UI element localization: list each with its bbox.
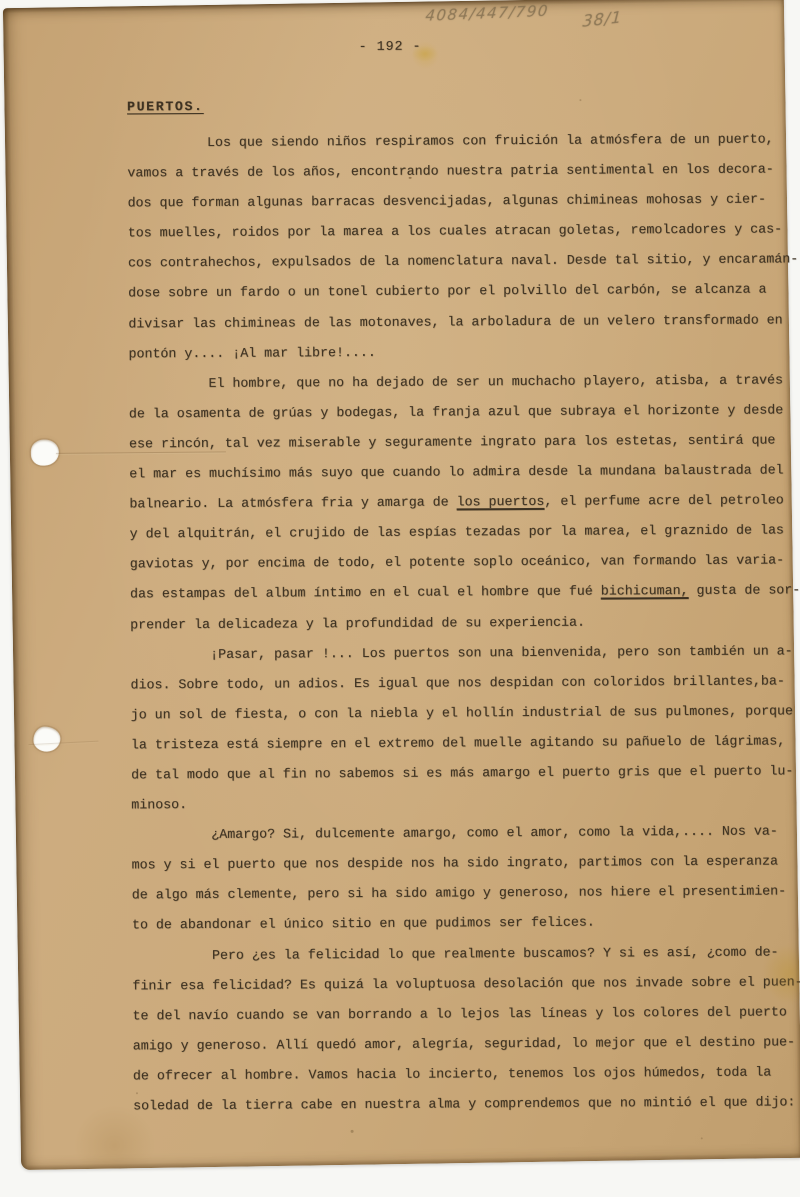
page-number: - 192 - [359,39,422,54]
text-line: finir esa felicidad? Es quizá la voluptu… [132,967,800,1001]
text-line: balneario. La atmósfera fria y amarga de… [129,485,800,519]
text-line: dos que forman algunas barracas desvenci… [127,185,799,219]
page-content: 4084/447/790 38/1 - 192 - PUERTOS. Los q… [7,0,795,1167]
text-line: de algo más clemente, pero si ha sido am… [132,877,800,911]
text-line: ¿Amargo? Si, dulcemente amargo, como el … [131,816,800,850]
text-line: divisar las chimineas de las motonaves, … [128,305,800,339]
text-line: dios. Sobre todo, un adios. Es igual que… [130,666,800,700]
text-line: tos muelles, roidos por la marea a los c… [128,215,800,249]
text-line: amigo y generoso. Allí quedó amor, alegr… [133,1027,800,1061]
text-line: das estampas del album íntimo en el cual… [130,576,800,610]
text-line: el mar es muchísimo más suyo que cuando … [129,455,800,489]
text-line: cos contrahechos, expulsados de la nomen… [128,245,800,279]
text-line: de la osamenta de grúas y bodegas, la fr… [129,395,800,429]
text-line: mos y si el puerto que nos despide nos h… [132,847,800,881]
text-line: soledad de la tierra cabe en nuestra alm… [133,1087,800,1121]
document-page: 4084/447/790 38/1 - 192 - PUERTOS. Los q… [3,0,800,1170]
pencil-annotation-folio: 38/1 [582,7,623,31]
text-line: ese rincón, tal vez miserable y segurame… [129,425,800,459]
text-line: la tristeza está siempre en el extremo d… [131,726,800,760]
text-line: minoso. [131,786,800,820]
text-line: to de abandonar el único sitio en que pu… [132,907,800,941]
text-body: Los que siendo niños respiramos con frui… [127,124,800,1121]
text-line: El hombre, que no ha dejado de ser un mu… [129,365,800,399]
text-line: de ofrecer al hombre. Vamos hacia lo inc… [133,1057,800,1091]
pencil-annotation-archive-code: 4084/447/790 [425,2,550,25]
text-line: vamos a través de los años, encontrando … [127,154,799,188]
paper-speck [579,99,581,101]
text-line: Pero ¿es la felicidad lo que realmente b… [132,937,800,971]
paper-speck [701,1137,703,1139]
text-line: ¡Pasar, pasar !... Los puertos son una b… [130,636,800,670]
text-line: dose sobre un fardo o un tonel cubierto … [128,275,800,309]
text-line: prender la delicadeza y la profundidad d… [130,606,800,640]
text-line: te del navío cuando se van borrando a lo… [132,997,800,1031]
text-line: gaviotas y, por encima de todo, el poten… [130,546,800,580]
text-line: y del alquitrán, el crujido de las espía… [129,516,800,550]
text-line: pontón y.... ¡Al mar libre!.... [128,335,800,369]
text-line: de tal modo que al fin no sabemos si es … [131,756,800,790]
paper-speck [136,1092,138,1094]
text-line: Los que siendo niños respiramos con frui… [127,124,799,158]
scan-background: { "colors": { "scan_background": "#f7f7f… [0,0,800,1197]
page-title: PUERTOS. [127,99,204,114]
text-line: jo un sol de fiesta, o con la niebla y e… [131,696,800,730]
paper-speck [409,177,412,179]
paper-speck [351,1130,354,1133]
